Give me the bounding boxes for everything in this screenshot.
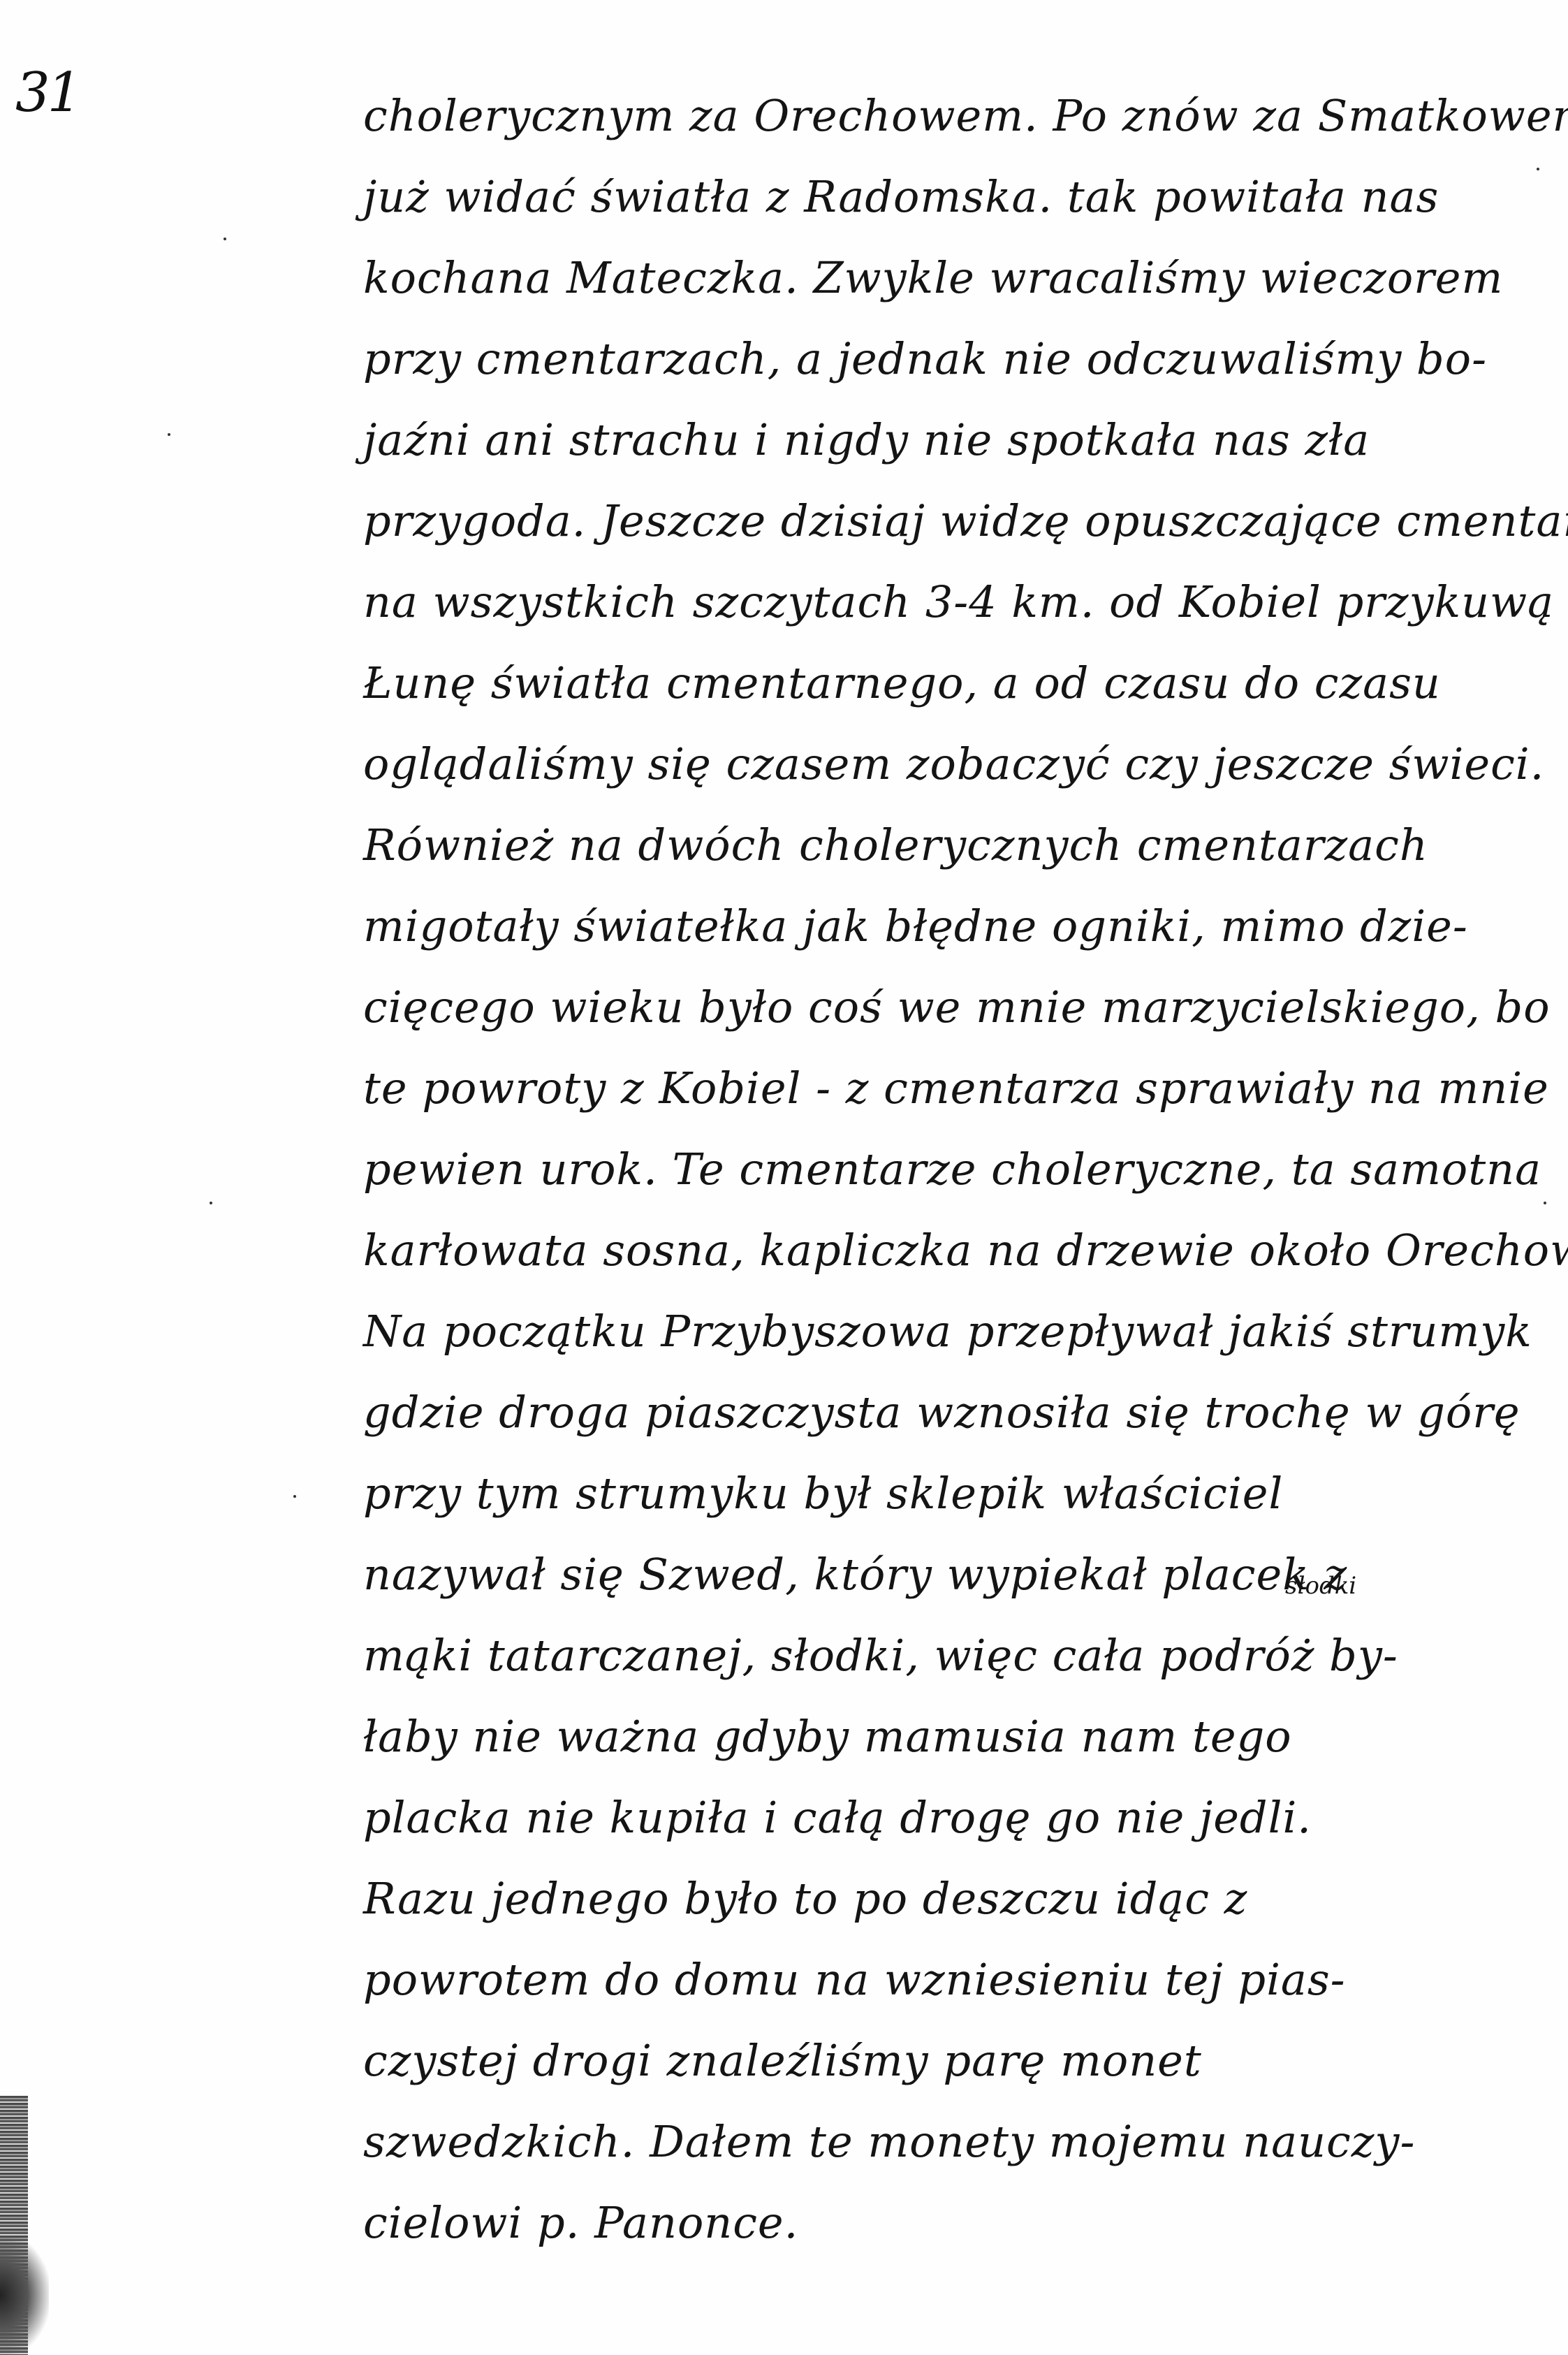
text-line: łaby nie ważna gdyby mamusia nam tego bbox=[363, 1696, 1551, 1777]
text-line: placka nie kupiła i całą drogę go nie je… bbox=[363, 1777, 1551, 1858]
text-line: mąki tatarczanej, słodki, więc cała podr… bbox=[363, 1615, 1551, 1696]
text-line: karłowata sosna, kapliczka na drzewie ok… bbox=[363, 1210, 1551, 1291]
text-line: już widać światła z Radomska. tak powita… bbox=[363, 156, 1551, 238]
text-line: cielowi p. Panonce. bbox=[363, 2182, 1551, 2263]
text-line: gdzie droga piaszczysta wznosiła się tro… bbox=[363, 1372, 1551, 1453]
text-line: migotały światełka jak błędne ogniki, mi… bbox=[363, 886, 1551, 967]
text-line: pewien urok. Te cmentarze choleryczne, t… bbox=[363, 1129, 1551, 1210]
scan-speck bbox=[168, 433, 170, 436]
text-line: czystej drogi znaleźliśmy parę monet bbox=[363, 2020, 1551, 2101]
text-line: Na początku Przybyszowa przepływał jakiś… bbox=[363, 1291, 1551, 1372]
text-line: te powroty z Kobiel - z cmentarza sprawi… bbox=[363, 1048, 1551, 1129]
text-line: Łunę światła cmentarnego, a od czasu do … bbox=[363, 643, 1551, 724]
text-line: cholerycznym za Orechowem. Po znów za Sm… bbox=[363, 75, 1551, 156]
superscript-insertion: słodki bbox=[1285, 1572, 1356, 1600]
scan-speck bbox=[1544, 1202, 1546, 1204]
text-line: Razu jednego było to po deszczu idąc z bbox=[363, 1858, 1551, 1939]
scan-speck bbox=[210, 1202, 212, 1204]
handwritten-text-block: cholerycznym za Orechowem. Po znów za Sm… bbox=[363, 75, 1551, 2263]
text-line: oglądaliśmy się czasem zobaczyć czy jesz… bbox=[363, 724, 1551, 805]
text-line: przygoda. Jeszcze dzisiaj widzę opuszcza… bbox=[363, 481, 1551, 562]
text-line: przy tym strumyku był sklepik właściciel bbox=[363, 1453, 1551, 1534]
scan-edge-shadow bbox=[0, 2236, 49, 2355]
scan-speck bbox=[1537, 168, 1539, 170]
text-line: Również na dwóch cholerycznych cmentarza… bbox=[363, 805, 1551, 886]
scanned-handwritten-page: 31 cholerycznym za Orechowem. Po znów za… bbox=[0, 0, 1568, 2355]
text-line: jaźni ani strachu i nigdy nie spotkała n… bbox=[363, 400, 1551, 481]
text-line: cięcego wieku było coś we mnie marzyciel… bbox=[363, 967, 1551, 1048]
text-line: powrotem do domu na wzniesieniu tej pias… bbox=[363, 1939, 1551, 2020]
text-line: nazywał się Szwed, który wypiekał placek… bbox=[363, 1534, 1551, 1615]
scan-speck bbox=[293, 1495, 296, 1498]
text-line: kochana Mateczka. Zwykle wracaliśmy wiec… bbox=[363, 238, 1551, 319]
text-line: na wszystkich szczytach 3-4 km. od Kobie… bbox=[363, 562, 1551, 643]
text-line: przy cmentarzach, a jednak nie odczuwali… bbox=[363, 319, 1551, 400]
text-line: szwedzkich. Dałem te monety mojemu naucz… bbox=[363, 2101, 1551, 2182]
page-number: 31 bbox=[15, 61, 79, 124]
scan-speck bbox=[224, 238, 226, 240]
